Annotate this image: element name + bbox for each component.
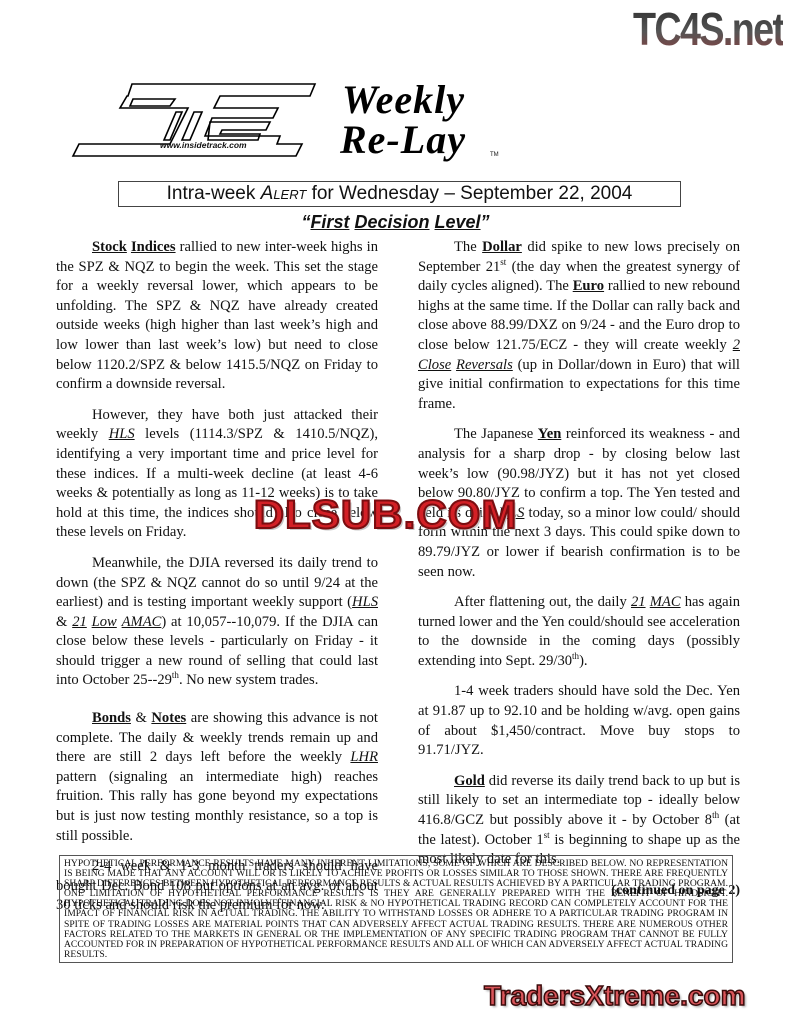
paragraph-text: The [454, 239, 482, 255]
logo-title-relay: Re-Lay [340, 120, 466, 160]
paragraph-dollar-euro: The Dollar did spike to new lows precise… [418, 238, 740, 414]
paragraph-text: & [131, 710, 151, 726]
heading-bonds: Bonds [92, 710, 131, 726]
heading-dollar: Dollar [482, 239, 522, 255]
paragraph-text: After flattening out, the daily [454, 594, 631, 610]
watermark-tradersxtreme: TradersXtreme.com [484, 980, 745, 1012]
hypothetical-performance-disclaimer: HYPOTHETICAL PERFORMANCE RESULTS HAVE MA… [59, 855, 733, 963]
issue-subtitle: “First Decision Level” [0, 212, 791, 233]
logo-title-weekly: Weekly [342, 80, 465, 120]
ordinal-suffix: th [172, 671, 179, 681]
left-column: Stock Indices rallied to new inter-week … [56, 238, 378, 927]
paragraph-stock-indices: Stock Indices rallied to new inter-week … [56, 238, 378, 395]
heading-yen: Yen [538, 426, 562, 442]
heading-euro: Euro [573, 278, 604, 294]
heading-notes: Notes [151, 710, 186, 726]
term-hls: HLS [109, 426, 135, 442]
term-amac: AMAC [122, 614, 162, 630]
watermark-dlsub: DLSUB.COM [254, 493, 518, 538]
heading-gold: Gold [454, 773, 485, 789]
paragraph-text: ). [579, 653, 588, 669]
ordinal-suffix: th [572, 651, 579, 661]
term-low: Low [92, 614, 117, 630]
paragraph-bonds-notes: Bonds & Notes are showing this advance i… [56, 709, 378, 846]
logo-url: www.insidetrack.com [160, 140, 247, 150]
paragraph-21-mac: After flattening out, the daily 21 MAC h… [418, 593, 740, 671]
subtitle-word-decision: Decision [354, 212, 429, 232]
term-reversals: Reversals [456, 357, 513, 373]
subtitle-word-level: Level [435, 212, 481, 232]
paragraph-text: rallied to new inter-week highs in the S… [56, 239, 378, 392]
paragraph-text: & [56, 614, 72, 630]
newsletter-logo: www.insidetrack.com Weekly Re-Lay TM [70, 78, 510, 168]
subtitle-word-first: First [310, 212, 349, 232]
paragraph-text: Meanwhile, the DJIA reversed its daily t… [56, 555, 378, 610]
quote-close: ” [481, 212, 490, 232]
paragraph-text: pattern (signaling an intermediate high)… [56, 769, 378, 844]
term-21: 21 [72, 614, 87, 630]
term-hls: HLS [352, 594, 378, 610]
paragraph-yen-traders: 1-4 week traders should have sold the De… [418, 682, 740, 760]
term-21: 21 [631, 594, 646, 610]
trademark-mark: TM [490, 152, 499, 158]
paragraph-djia: Meanwhile, the DJIA reversed its daily t… [56, 554, 378, 691]
heading-stock: Stock [92, 239, 127, 255]
term-lhr: LHR [350, 749, 378, 765]
term-mac: MAC [650, 594, 681, 610]
right-column: The Dollar did spike to new lows precise… [418, 238, 740, 911]
paragraph-text: . No new system trades. [179, 672, 318, 688]
insidetrack-logo-icon [70, 78, 340, 168]
alert-date-banner: Intra-week Alert for Wednesday – Septemb… [118, 181, 681, 207]
heading-indices: Indices [131, 239, 176, 255]
watermark-tc4s: TC4S.net [633, 2, 783, 56]
term-close: Close [418, 357, 451, 373]
alert-prefix: Intra-week [167, 183, 261, 204]
paragraph-text: The Japanese [454, 426, 538, 442]
alert-date: for Wednesday – September 22, 2004 [306, 183, 632, 204]
term-2: 2 [733, 337, 740, 353]
alert-word: Alert [261, 183, 307, 204]
